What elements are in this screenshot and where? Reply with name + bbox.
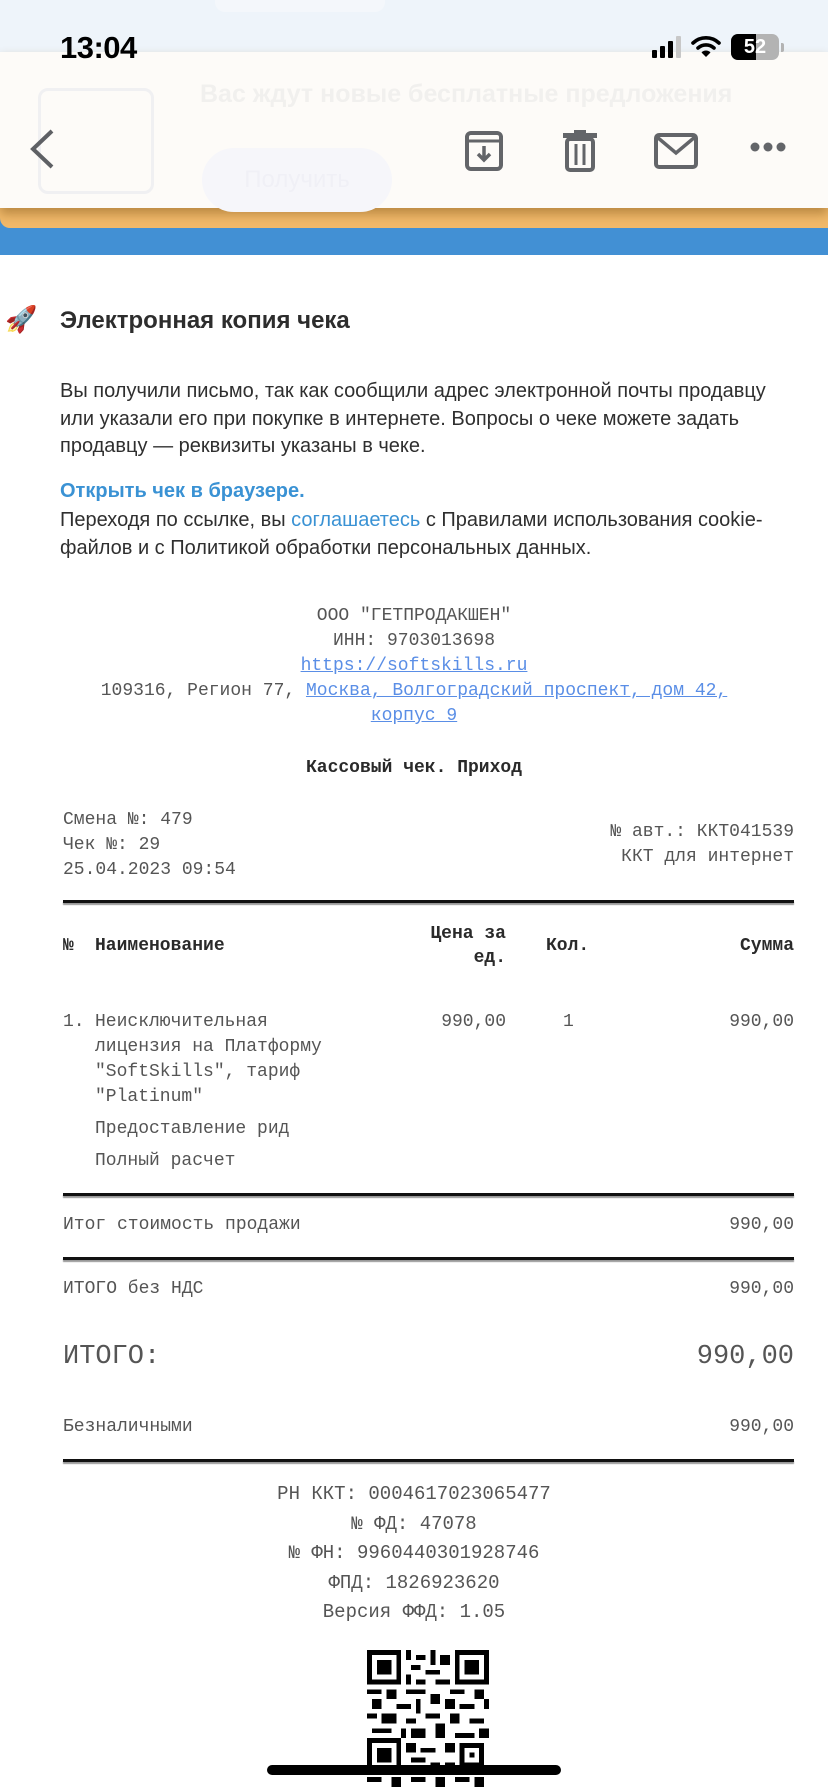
ffd-version: Версия ФФД: 1.05 [0, 1598, 828, 1628]
status-time: 13:04 [60, 30, 137, 66]
item-name-line: лицензия на Платформу [95, 1035, 322, 1060]
chevron-left-icon [28, 128, 56, 170]
divider [63, 900, 794, 903]
address-prefix: 109316, Регион 77, [101, 681, 306, 701]
signal-icon [652, 36, 681, 58]
wifi-icon [691, 35, 721, 59]
agree-link[interactable]: соглашаетесь [291, 509, 420, 531]
more-icon [750, 141, 786, 153]
item-price: 990,00 [380, 1010, 506, 1035]
receipt-datetime: 25.04.2023 09:54 [63, 858, 236, 883]
divider [63, 1257, 794, 1260]
mail-icon [654, 133, 698, 169]
receipt-meta-right: № авт.: ККТ041539 ККТ для интернет [610, 820, 794, 870]
receipt-header: ООО "ГЕТПРОДАКШЕН" ИНН: 9703013698 https… [0, 604, 828, 729]
item-name-line: Неисключительная [95, 1010, 322, 1035]
cashless-label: Безналичными [63, 1417, 193, 1437]
divider [63, 1459, 794, 1462]
open-in-browser-link[interactable]: Открыть чек в браузере. [60, 480, 305, 503]
battery-icon: 52 [731, 34, 779, 60]
ad-title: Вас ждут новые бесплатные предложения [200, 80, 732, 109]
col-price-line1: Цена за [380, 922, 506, 946]
status-icons: 52 [652, 34, 784, 60]
col-price: Цена за ед. [380, 922, 506, 970]
fpd: ФПД: 1826923620 [0, 1569, 828, 1599]
consent-prefix: Переходя по ссылке, вы [60, 509, 291, 531]
item-name-line: "Platinum" [95, 1085, 322, 1110]
cashless-row: Безналичными 990,00 [63, 1417, 794, 1437]
archive-button[interactable] [464, 130, 504, 177]
col-price-line2: ед. [380, 946, 506, 970]
archive-download-icon [464, 130, 504, 172]
subtotal-label: Итог стоимость продажи [63, 1215, 301, 1235]
shift-number: Смена №: 479 [63, 808, 236, 833]
no-vat-value: 990,00 [729, 1279, 794, 1299]
fd-number: № ФД: 47078 [0, 1510, 828, 1540]
rocket-icon: 🚀 [5, 304, 37, 335]
kkt-type: ККТ для интернет [610, 845, 794, 870]
home-indicator[interactable] [267, 1765, 561, 1775]
item-number: 1. [63, 1010, 85, 1035]
company-website-link[interactable]: https://softskills.ru [301, 656, 528, 676]
total-label: ИТОГО: [63, 1342, 160, 1372]
item-payment-method: Полный расчет [95, 1149, 322, 1174]
company-name: ООО "ГЕТПРОДАКШЕН" [0, 604, 828, 629]
no-vat-label: ИТОГО без НДС [63, 1279, 203, 1299]
item-qty: 1 [563, 1010, 574, 1035]
fiscal-info: РН ККТ: 0004617023065477 № ФД: 47078 № Ф… [0, 1480, 828, 1628]
divider [63, 1193, 794, 1196]
item-name: Неисключительная лицензия на Платформу "… [95, 1010, 322, 1174]
address-link-2[interactable]: корпус 9 [371, 706, 457, 726]
company-inn: ИНН: 9703013698 [0, 629, 828, 654]
ad-pill [215, 0, 385, 12]
total-row: ИТОГО: 990,00 [63, 1342, 794, 1372]
item-subject: Предоставление рид [95, 1117, 322, 1142]
col-sum: Сумма [740, 934, 794, 958]
address-link[interactable]: Москва, Волгоградский проспект, дом 42, [306, 681, 727, 701]
consent-text: Переходя по ссылке, вы соглашаетесь с Пр… [60, 507, 780, 562]
subtotal-row: Итог стоимость продажи 990,00 [63, 1215, 794, 1235]
trash-button[interactable] [562, 130, 598, 177]
more-button[interactable] [750, 140, 786, 158]
col-number: № [63, 934, 74, 958]
subtotal-value: 990,00 [729, 1215, 794, 1235]
ad-get-button: Получить [202, 148, 392, 212]
no-vat-row: ИТОГО без НДС 990,00 [63, 1279, 794, 1299]
receipt-meta-left: Смена №: 479 Чек №: 29 25.04.2023 09:54 [63, 808, 236, 883]
col-qty: Кол. [546, 934, 589, 958]
auto-number: № авт.: ККТ041539 [610, 820, 794, 845]
email-title: Электронная копия чека [60, 307, 350, 335]
total-value: 990,00 [697, 1342, 794, 1372]
col-name: Наименование [95, 934, 225, 958]
fn-number: № ФН: 9960440301928746 [0, 1539, 828, 1569]
trash-icon [562, 130, 598, 172]
back-button[interactable] [28, 128, 56, 175]
item-name-line: "SoftSkills", тариф [95, 1060, 322, 1085]
mark-unread-button[interactable] [654, 133, 698, 174]
cashless-value: 990,00 [729, 1417, 794, 1437]
receipt-title: Кассовый чек. Приход [0, 756, 828, 781]
rn-kkt: РН ККТ: 0004617023065477 [0, 1480, 828, 1510]
intro-text: Вы получили письмо, так как сообщили адр… [60, 378, 780, 461]
item-sum: 990,00 [729, 1010, 794, 1035]
check-number: Чек №: 29 [63, 833, 236, 858]
